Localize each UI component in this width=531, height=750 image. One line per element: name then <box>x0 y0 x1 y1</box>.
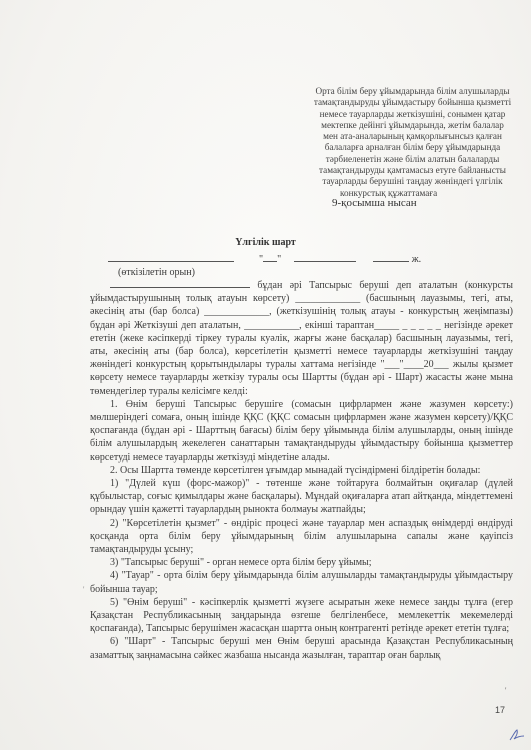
header-line: балаларға арналған білім беру ұйымдарынд… <box>300 142 525 153</box>
definition-contract: 6) "Шарт" - Тапсырыс беруші мен Өнім бер… <box>90 635 513 661</box>
day-blank <box>263 252 277 262</box>
signature-initials-icon <box>508 728 526 747</box>
definition-force-majeure: 1) "Дүлей күш (форс-мажор)" - төтенше жә… <box>90 477 513 517</box>
ink-mark: ' <box>505 686 506 695</box>
customer-name-blank <box>110 278 250 288</box>
page-number: 17 <box>495 705 505 715</box>
header-line: мектепке дейінгі ұйымдарында, жетім бала… <box>300 120 525 131</box>
preamble-paragraph: бұдан әрі Тапсырыс беруші деп аталатын (… <box>90 278 513 398</box>
header-line: Орта білім беру ұйымдарында білім алушыл… <box>300 86 525 97</box>
clause-1: 1. Өнім беруші Тапсырыс берушіге (сомасы… <box>90 398 513 464</box>
year-suffix: ж. <box>412 254 421 265</box>
place-date-line: "" ж. <box>108 252 421 265</box>
place-blank <box>108 252 234 262</box>
margin-mark: ' <box>83 585 84 594</box>
quote-close: " <box>277 254 281 265</box>
clause-2: 2. Осы Шартта төменде көрсетілген ұғымда… <box>90 464 513 477</box>
header-line: тамақтандыруды ұйымдастыру бойынша қызме… <box>300 97 525 108</box>
contract-body: бұдан әрі Тапсырыс беруші деп аталатын (… <box>90 278 513 662</box>
definition-supplier: 5) "Өнім беруші" - кәсіпкерлік қызметті … <box>90 596 513 636</box>
place-caption: (өткізілетін орын) <box>118 267 195 278</box>
definition-customer: 3) "Тапсырыс беруші" - орган немесе орта… <box>90 556 513 569</box>
header-line: немесе тауарларды жеткізушіні, сонымен қ… <box>300 109 525 120</box>
document-page: Орта білім беру ұйымдарында білім алушыл… <box>0 0 531 750</box>
header-line: тауарларды берушіні таңдау жөніндегі үлг… <box>300 176 525 187</box>
month-blank <box>294 252 356 262</box>
definition-service: 2) "Көрсетілетін қызмет" - өндіріс проце… <box>90 517 513 557</box>
annex-form-label: 9-қосымша нысан <box>332 197 417 209</box>
document-title: Үлгілік шарт <box>0 237 531 248</box>
header-line: мен ата-аналарының қамқорлығынсыз қалған <box>300 131 525 142</box>
annex-reference-block: Орта білім беру ұйымдарында білім алушыл… <box>300 86 525 199</box>
year-blank <box>373 252 409 262</box>
header-line: тәрбиеленетін және білім алатын балалард… <box>300 154 525 165</box>
header-line: тамақтандыруды қамтамасыз етуге байланыс… <box>300 165 525 176</box>
definition-goods: 4) "Тауар" - орта білім беру ұйымдарында… <box>90 569 513 595</box>
